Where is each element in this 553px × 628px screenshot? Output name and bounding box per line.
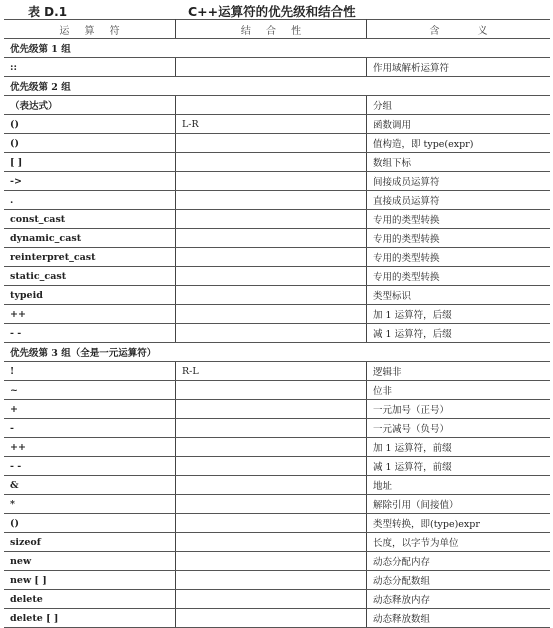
table-row: static_cast专用的类型转换	[4, 267, 550, 286]
operator-cell: ()	[4, 134, 176, 153]
operator-cell: .	[4, 191, 176, 210]
operator-cell: typeid	[4, 286, 176, 305]
meaning-cell: 加 1 运算符，后缀	[367, 305, 551, 324]
meaning-cell: 类型转换，即(type)expr	[367, 514, 551, 533]
meaning-cell: 专用的类型转换	[367, 248, 551, 267]
operator-cell: dynamic_cast	[4, 229, 176, 248]
associativity-cell	[176, 381, 367, 400]
operator-cell: ()	[4, 115, 176, 134]
group-label: 优先级第 2 组	[4, 77, 550, 96]
header-row: 运 算 符 结 合 性 含 义	[4, 20, 550, 39]
operator-cell: sizeof	[4, 533, 176, 552]
table-row: new动态分配内存	[4, 552, 550, 563]
associativity-cell	[176, 419, 367, 438]
operator-cell: （表达式）	[4, 96, 176, 115]
table-row: - -减 1 运算符，后缀	[4, 324, 550, 343]
meaning-cell: 一元减号（负号）	[367, 419, 551, 438]
meaning-cell: 动态分配内存	[367, 552, 551, 563]
table-row: -一元减号（负号）	[4, 419, 550, 438]
group-header-row: 优先级第 2 组	[4, 77, 550, 96]
operator-cell: !	[4, 362, 176, 381]
meaning-cell: 类型标识	[367, 286, 551, 305]
associativity-cell	[176, 457, 367, 476]
table-row: ::作用域解析运算符	[4, 58, 550, 77]
associativity-cell	[176, 286, 367, 305]
meaning-cell: 位非	[367, 381, 551, 400]
associativity-cell	[176, 533, 367, 552]
table-row: +一元加号（正号）	[4, 400, 550, 419]
operator-cell: +	[4, 400, 176, 419]
header-meaning: 含 义	[367, 20, 551, 39]
meaning-cell: 直接成员运算符	[367, 191, 551, 210]
operator-cell: reinterpret_cast	[4, 248, 176, 267]
table-row: ()类型转换，即(type)expr	[4, 514, 550, 533]
associativity-cell	[176, 495, 367, 514]
header-associativity: 结 合 性	[176, 20, 367, 39]
table-row: dynamic_cast专用的类型转换	[4, 229, 550, 248]
operator-cell: ++	[4, 438, 176, 457]
associativity-cell	[176, 400, 367, 419]
associativity-cell	[176, 248, 367, 267]
associativity-cell	[176, 153, 367, 172]
table-row: [ ]数组下标	[4, 153, 550, 172]
associativity-cell	[176, 210, 367, 229]
meaning-cell: 专用的类型转换	[367, 210, 551, 229]
table-row: ++加 1 运算符，前缀	[4, 438, 550, 457]
operator-cell: -	[4, 419, 176, 438]
table-row: !R-L逻辑非	[4, 362, 550, 381]
operator-cell: ~	[4, 381, 176, 400]
associativity-cell	[176, 172, 367, 191]
operator-cell: *	[4, 495, 176, 514]
operator-cell: new	[4, 552, 176, 563]
meaning-cell: 减 1 运算符，后缀	[367, 324, 551, 343]
associativity-cell: L-R	[176, 115, 367, 134]
table-row: &地址	[4, 476, 550, 495]
table-row: ->间接成员运算符	[4, 172, 550, 191]
meaning-cell: 一元加号（正号）	[367, 400, 551, 419]
meaning-cell: 加 1 运算符，前缀	[367, 438, 551, 457]
table-row: ~位非	[4, 381, 550, 400]
table-row: ()L-R函数调用	[4, 115, 550, 134]
table-row: typeid类型标识	[4, 286, 550, 305]
associativity-cell	[176, 476, 367, 495]
meaning-cell: 解除引用（间接值）	[367, 495, 551, 514]
operator-cell: [ ]	[4, 153, 176, 172]
meaning-cell: 逻辑非	[367, 362, 551, 381]
associativity-cell	[176, 324, 367, 343]
operator-cell: - -	[4, 324, 176, 343]
operator-cell: const_cast	[4, 210, 176, 229]
meaning-cell: 数组下标	[367, 153, 551, 172]
group-header-row: 优先级第 3 组（全是一元运算符）	[4, 343, 550, 362]
operator-precedence-table: 运 算 符 结 合 性 含 义 优先级第 1 组::作用域解析运算符优先级第 2…	[4, 19, 550, 562]
meaning-cell: 分组	[367, 96, 551, 115]
table-row: ++加 1 运算符，后缀	[4, 305, 550, 324]
table-body: 优先级第 1 组::作用域解析运算符优先级第 2 组（表达式）分组()L-R函数…	[4, 39, 550, 563]
operator-cell: ()	[4, 514, 176, 533]
meaning-cell: 专用的类型转换	[367, 229, 551, 248]
group-label: 优先级第 3 组（全是一元运算符）	[4, 343, 550, 362]
table-row: *解除引用（间接值）	[4, 495, 550, 514]
meaning-cell: 长度，以字节为单位	[367, 533, 551, 552]
operator-cell: static_cast	[4, 267, 176, 286]
associativity-cell	[176, 438, 367, 457]
group-label: 优先级第 1 组	[4, 39, 550, 58]
operator-cell: - -	[4, 457, 176, 476]
meaning-cell: 专用的类型转换	[367, 267, 551, 286]
associativity-cell	[176, 134, 367, 153]
meaning-cell: 作用域解析运算符	[367, 58, 551, 77]
meaning-cell: 值构造，即 type(expr)	[367, 134, 551, 153]
table-row: - -减 1 运算符，前缀	[4, 457, 550, 476]
table-row: （表达式）分组	[4, 96, 550, 115]
operator-cell: ++	[4, 305, 176, 324]
operator-cell: ::	[4, 58, 176, 77]
associativity-cell	[176, 267, 367, 286]
table-row: sizeof长度，以字节为单位	[4, 533, 550, 552]
operator-cell: ->	[4, 172, 176, 191]
group-header-row: 优先级第 1 组	[4, 39, 550, 58]
table-title: C++运算符的优先级和结合性	[188, 2, 356, 20]
associativity-cell: R-L	[176, 362, 367, 381]
table-row: reinterpret_cast专用的类型转换	[4, 248, 550, 267]
associativity-cell	[176, 191, 367, 210]
associativity-cell	[176, 58, 367, 77]
header-operator: 运 算 符	[4, 20, 176, 39]
table-row: .直接成员运算符	[4, 191, 550, 210]
table-row: ()值构造，即 type(expr)	[4, 134, 550, 153]
meaning-cell: 函数调用	[367, 115, 551, 134]
table-row: const_cast专用的类型转换	[4, 210, 550, 229]
operator-cell: &	[4, 476, 176, 495]
table-caption: 表 D.1 C++运算符的优先级和结合性	[0, 0, 553, 19]
associativity-cell	[176, 552, 367, 563]
meaning-cell: 间接成员运算符	[367, 172, 551, 191]
associativity-cell	[176, 305, 367, 324]
associativity-cell	[176, 514, 367, 533]
associativity-cell	[176, 229, 367, 248]
table-number: 表 D.1	[28, 3, 67, 20]
meaning-cell: 减 1 运算符，前缀	[367, 457, 551, 476]
associativity-cell	[176, 96, 367, 115]
meaning-cell: 地址	[367, 476, 551, 495]
